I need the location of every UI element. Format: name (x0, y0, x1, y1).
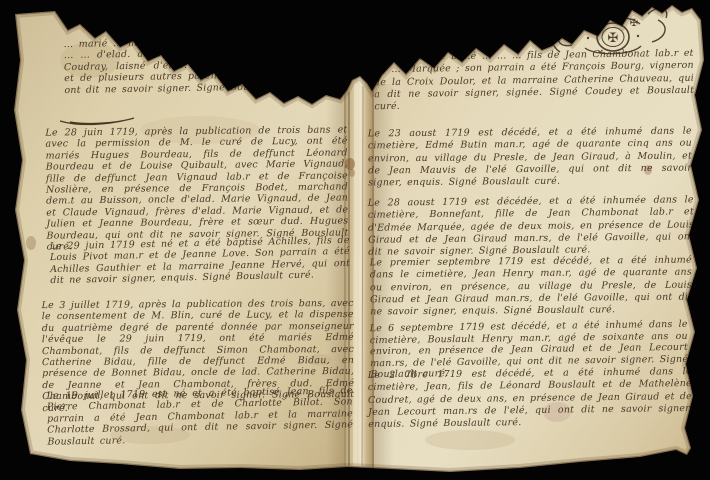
register-entry: Le 23 aoust 1719 est décédé, et a été in… (368, 126, 693, 190)
register-entry: Le 19 juillet 1719 est né et a été bapti… (47, 385, 354, 447)
register-entry: Le 2 7bre 1719 est décédé, et a été inhu… (368, 366, 693, 431)
register-entry: Le 28 juin 1719, après la publication de… (45, 124, 348, 253)
register-entry: … … et a été bat.é … … … fils de Jean Ch… (374, 48, 695, 114)
register-entry: Le premier septembre 1719 est décédé, et… (370, 255, 693, 319)
register-entry: … marié … man.r de … de feu Jean Coudray… (64, 35, 305, 96)
register-entry: Le 29 juin 1719 est né et a été baptisé … (50, 235, 351, 287)
handwritten-text-layer: … marié … man.r de … de feu Jean Coudray… (0, 0, 710, 480)
register-entry: Le 28 aoust 1719 est décédée, et a été i… (368, 194, 695, 259)
manuscript-scan: ✠ ✠ ✠ … marié … man.r de … de feu Jean C… (0, 0, 710, 480)
